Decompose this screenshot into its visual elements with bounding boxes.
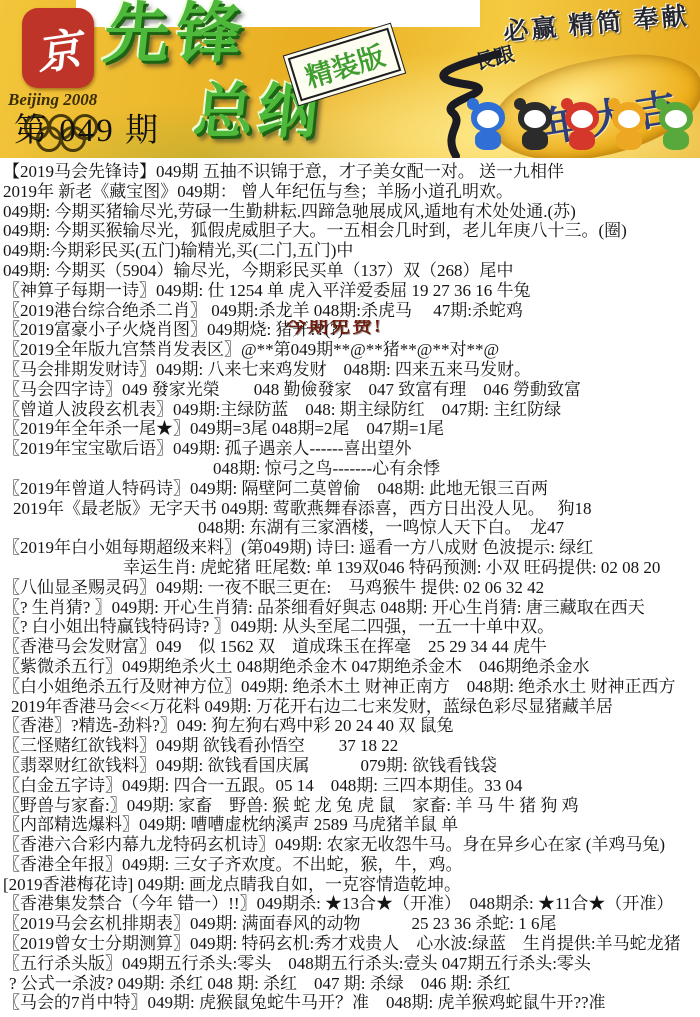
report-line: 〖2019年曾道人特码诗〗049期: 隔壁阿二莫曾偷 048期: 此地无银三百两 — [3, 479, 700, 499]
report-line: 049期:今期彩民买(五门)输精光,买(二门,五门)中 — [3, 241, 700, 261]
report-line-text: 〖2019年全年杀一尾★〗049期=3尾 048期=2尾 047期=1尾 — [3, 419, 444, 438]
report-line-text: 〖三怪赌红欲钱料〗049期 欲钱看孙悟空 37 18 22 — [3, 736, 398, 755]
report-line-text: 〖神算子每期一诗〗049期: 仕 1254 单 虎入平洋爱委屈 19 27 36… — [3, 281, 530, 300]
report-line-text: ? 公式一杀波? 049期: 杀红 048 期: 杀红 047 期: 杀绿 04… — [9, 974, 510, 993]
report-line-text: 幸运生肖: 虎蛇猪 旺尾数: 单 139双046 特码预测: 小双 旺码提供: … — [123, 558, 660, 577]
free-this-issue-stamp: 今期免费! — [286, 320, 383, 337]
report-line-text: 〖2019全年版九宫禁肖发表区〗@**第049期**@**猪**@**对**@ — [3, 340, 499, 359]
report-lines: 【2019马会先锋诗】049期 五抽不识锦于意，才子美女配一对。 送一九相伴20… — [0, 158, 700, 1013]
report-line: 〖2019年宝宝歇后语〗049期: 孤子遇亲人------喜出望外 — [3, 439, 700, 459]
slogan-text: 必赢 精简 奉献 — [502, 0, 691, 48]
report-line: 〖马会排期发财诗〗049期: 八来七来鸡发财 048期: 四来五来马发财。 — [3, 360, 700, 380]
report-line: 〖香港全年报〗049期: 三女子齐欢度。不出蛇，猴，牛，鸡。 — [3, 855, 700, 875]
report-line-text: 〖? 生肖猜? 〗049期: 开心生肖猜: 品茶细看好與志 048期: 开心生肖… — [3, 598, 645, 617]
report-line-text: 〖2019年白小姐每期超级来料〗(第049期) 诗曰: 遥看一方八成财 色波提示… — [3, 538, 593, 557]
report-line: 〖香港〗?精选-劲料?〗049: 狗左狗右鸡中彩 20 24 40 双 鼠兔 — [3, 716, 700, 736]
report-line: 2019年 新老《藏宝图》049期： 曾人年纪伍与叁；羊肠小道孔明欢。 — [3, 182, 700, 202]
report-line-text: 2019年《最老版》无字天书 049期: 莺歌燕舞春添喜，西方日出没人见。 狗1… — [13, 499, 591, 518]
report-line: 〖五行杀头版〗049期五行杀头:零头 048期五行杀头:壹头 047期五行杀头:… — [3, 954, 700, 974]
report-line-text: 〖马会排期发财诗〗049期: 八来七来鸡发财 048期: 四来五来马发财。 — [3, 360, 531, 379]
fuwa-mascot-icon — [562, 102, 602, 156]
report-line: 049期: 今期买猪输尽光,劳碌一生勤耕耘.四蹄急驰展成风,遁地有术处处通.(苏… — [3, 202, 700, 222]
report-line-text: 049期: 今期买猪输尽光,劳碌一生勤耕耘.四蹄急驰展成风,遁地有术处处通.(苏… — [3, 202, 576, 221]
report-line-text: 〖内部精选爆料〗049期: 嘈嘈虚枕纳溪声 2589 马虎猪羊鼠 单 — [3, 815, 458, 834]
report-line-text: 〖香港全年报〗049期: 三女子齐欢度。不出蛇，猴，牛，鸡。 — [3, 855, 462, 874]
report-line: 【2019马会先锋诗】049期 五抽不识锦于意，才子美女配一对。 送一九相伴 — [3, 162, 700, 182]
report-line: 〖白小姐绝杀五行及财神方位〗049期: 绝杀木土 财神正南方 048期: 绝杀水… — [3, 677, 700, 697]
beijing-2008-seal-icon: 京 — [22, 8, 94, 88]
report-line: 〖马会四字诗〗049 發家光榮 048 勤儉發家 047 致富有理 046 勞動… — [3, 380, 700, 400]
report-line-text: 049期: 今期买（5904）输尽光，今期彩民买单（137）双（268）尾中 — [3, 261, 513, 280]
report-line: 2019年香港马会<<万花料 049期: 万花开右边二七来发财，蓝绿色彩尽显猪藏… — [3, 697, 700, 717]
fuwa-mascot-icon — [468, 102, 508, 156]
report-line: 049期: 今期买猴输尽光，狐假虎威胆子大。一五相会几时到，老儿年庚八十三。(圈… — [3, 221, 700, 241]
report-line-text: 2019年香港马会<<万花料 049期: 万花开右边二七来发财，蓝绿色彩尽显猪藏… — [11, 697, 613, 716]
report-line-text: 048期: 东湖有三家酒楼，一鸣惊人天下白。 龙47 — [198, 518, 564, 537]
report-line-text: 〖八仙显圣赐灵码〗049期: 一夜不眠三更在: 马鸡猴牛 提供: 02 06 3… — [3, 578, 544, 597]
report-line-text: 〖白小姐绝杀五行及财神方位〗049期: 绝杀木土 财神正南方 048期: 绝杀水… — [3, 677, 675, 696]
report-line-text: 【2019马会先锋诗】049期 五抽不识锦于意，才子美女配一对。 送一九相伴 — [3, 162, 564, 181]
report-line: 〖八仙显圣赐灵码〗049期: 一夜不眠三更在: 马鸡猴牛 提供: 02 06 3… — [3, 578, 700, 598]
report-line: 〖2019年全年杀一尾★〗049期=3尾 048期=2尾 047期=1尾 — [3, 419, 700, 439]
report-line: [2019香港梅花诗] 049期: 画龙点睛我自如，一克容情造乾坤。 — [3, 875, 700, 895]
report-line: 〖2019港台综合绝杀二肖〗 049期:杀龙羊 048期:杀虎马 47期:杀蛇鸡 — [3, 301, 700, 321]
report-line-text: 〖马会的7肖中特〗049期: 虎猴鼠兔蛇牛马开？准 048期: 虎羊猴鸡蛇鼠牛开… — [3, 993, 606, 1012]
report-line-text: 049期:今期彩民买(五门)输精光,买(二门,五门)中 — [3, 241, 353, 260]
report-line: 〖白金五字诗〗049期: 四合一五跟。05 14 048期: 三四本期佳。33 … — [3, 776, 700, 796]
masthead-banner: 京 Beijing 2008 先锋 总纲 精装版 第 049 期 必赢 精简 奉… — [0, 0, 700, 158]
report-line: 〖2019年白小姐每期超级来料〗(第049期) 诗曰: 遥看一方八成财 色波提示… — [3, 538, 700, 558]
report-line: 〖? 白小姐出特赢钱特码诗? 〗049期: 从头至尾二四强，一五一十单中双。 — [3, 617, 700, 637]
report-line-text: 〖曾道人波段玄机表〗049期:主绿防蓝 048: 期主绿防红 047期: 主红防… — [3, 400, 561, 419]
report-line-text: 〖2019年宝宝歇后语〗049期: 孤子遇亲人------喜出望外 — [3, 439, 411, 458]
report-line-text: 〖翡翠财红欲钱料〗049期: 欲钱看国庆属 079期: 欲钱看钱袋 — [3, 756, 497, 775]
report-line: 幸运生肖: 虎蛇猪 旺尾数: 单 139双046 特码预测: 小双 旺码提供: … — [3, 558, 700, 578]
report-line-text: 〖2019马会玄机排期表〗049期: 满面春风的动物 25 23 36 杀蛇: … — [3, 914, 556, 933]
report-line-text: 〖香港六合彩内幕九龙特码玄机诗〗049期: 农家无收怨牛马。身在异乡心在家 (羊… — [3, 835, 665, 854]
report-line: 〖内部精选爆料〗049期: 嘈嘈虚枕纳溪声 2589 马虎猪羊鼠 单 — [3, 815, 700, 835]
report-line-text: 048期: 惊弓之鸟-------心有余悸 — [213, 459, 440, 478]
report-line-text: 〖2019年曾道人特码诗〗049期: 隔壁阿二莫曾偷 048期: 此地无银三百两 — [3, 479, 548, 498]
edition-badge: 精装版 — [288, 28, 402, 102]
report-line: 〖曾道人波段玄机表〗049期:主绿防蓝 048: 期主绿防红 047期: 主红防… — [3, 400, 700, 420]
report-line: 048期: 惊弓之鸟-------心有余悸 — [3, 459, 700, 479]
masthead-title-top: 先锋 — [101, 2, 252, 68]
report-line-text: 〖香港〗?精选-劲料?〗049: 狗左狗右鸡中彩 20 24 40 双 鼠兔 — [3, 716, 453, 735]
report-line: 〖? 生肖猜? 〗049期: 开心生肖猜: 品茶细看好與志 048期: 开心生肖… — [3, 598, 700, 618]
report-line: 048期: 东湖有三家酒楼，一鸣惊人天下白。 龙47 — [3, 518, 700, 538]
seal-glyph: 京 — [32, 13, 84, 83]
report-line-text: [2019香港梅花诗] 049期: 画龙点睛我自如，一克容情造乾坤。 — [3, 875, 461, 894]
report-line-text: 〖2019港台综合绝杀二肖〗 049期:杀龙羊 048期:杀虎马 47期:杀蛇鸡 — [3, 301, 523, 320]
report-line: 〖香港六合彩内幕九龙特码玄机诗〗049期: 农家无收怨牛马。身在异乡心在家 (羊… — [3, 835, 700, 855]
fuwa-mascot-icon — [515, 102, 555, 156]
report-line: 〖马会的7肖中特〗049期: 虎猴鼠兔蛇牛马开？准 048期: 虎羊猴鸡蛇鼠牛开… — [3, 993, 700, 1013]
report-line-text: 〖马会四字诗〗049 發家光榮 048 勤儉發家 047 致富有理 046 勞動… — [3, 380, 581, 399]
report-line-text: 〖? 白小姐出特赢钱特码诗? 〗049期: 从头至尾二四强，一五一十单中双。 — [3, 617, 554, 636]
fuwa-mascot-icon — [609, 102, 649, 156]
report-line-text: 〖香港马会发财富〗049 似 1562 双 道成珠玉在挥毫 25 29 34 4… — [3, 637, 547, 656]
report-line-text: 〖野兽与家畜:〗049期: 家畜 野兽: 猴 蛇 龙 兔 虎 鼠 家畜: 羊 马… — [3, 796, 579, 815]
report-line: 〖香港马会发财富〗049 似 1562 双 道成珠玉在挥毫 25 29 34 4… — [3, 637, 700, 657]
report-line: 〖翡翠财红欲钱料〗049期: 欲钱看国庆属 079期: 欲钱看钱袋 — [3, 756, 700, 776]
report-line: 〖2019马会玄机排期表〗049期: 满面春风的动物 25 23 36 杀蛇: … — [3, 914, 700, 934]
report-line: 〖2019富豪小子火烧肖图〗049期烧: 猪开??(?)今期免费! — [3, 320, 700, 340]
fuwa-mascots — [468, 102, 696, 156]
report-line-text: 〖五行杀头版〗049期五行杀头:零头 048期五行杀头:壹头 047期五行杀头:… — [3, 954, 591, 973]
report-line: 2019年《最老版》无字天书 049期: 莺歌燕舞春添喜，西方日出没人见。 狗1… — [3, 499, 700, 519]
report-line: 〖2019全年版九宫禁肖发表区〗@**第049期**@**猪**@**对**@ — [3, 340, 700, 360]
report-line: 〖紫微杀五行〗049期绝杀火土 048期绝杀金木 047期绝杀金木 046期绝杀… — [3, 657, 700, 677]
report-line-text: 〖紫微杀五行〗049期绝杀火土 048期绝杀金木 047期绝杀金木 046期绝杀… — [3, 657, 590, 676]
issue-number: 第 049 期 — [14, 104, 160, 151]
report-line-text: 049期: 今期买猴输尽光，狐假虎威胆子大。一五相会几时到，老儿年庚八十三。(圈… — [3, 221, 627, 240]
report-line: 〖三怪赌红欲钱料〗049期 欲钱看孙悟空 37 18 22 — [3, 736, 700, 756]
report-line: ? 公式一杀波? 049期: 杀红 048 期: 杀红 047 期: 杀绿 04… — [3, 974, 700, 994]
report-line-text: 〖香港集发禁合（今年 错一）!!〗049期杀: ★13合★（开准） 048期杀:… — [3, 894, 673, 913]
report-line-text: 2019年 新老《藏宝图》049期： 曾人年纪伍与叁；羊肠小道孔明欢。 — [3, 182, 513, 201]
report-line: 〖2019曾女士分期测算〗049期: 特码玄机:秀才戏贵人 心水波:绿蓝 生肖提… — [3, 934, 700, 954]
report-line: 〖神算子每期一诗〗049期: 仕 1254 单 虎入平洋爱委屈 19 27 36… — [3, 281, 700, 301]
report-line: 〖香港集发禁合（今年 错一）!!〗049期杀: ★13合★（开准） 048期杀:… — [3, 894, 700, 914]
report-line: 〖野兽与家畜:〗049期: 家畜 野兽: 猴 蛇 龙 兔 虎 鼠 家畜: 羊 马… — [3, 796, 700, 816]
fuwa-mascot-icon — [656, 102, 696, 156]
report-line-text: 〖白金五字诗〗049期: 四合一五跟。05 14 048期: 三四本期佳。33 … — [3, 776, 522, 795]
report-line: 049期: 今期买（5904）输尽光，今期彩民买单（137）双（268）尾中 — [3, 261, 700, 281]
report-line-text: 〖2019曾女士分期测算〗049期: 特码玄机:秀才戏贵人 心水波:绿蓝 生肖提… — [3, 934, 681, 953]
